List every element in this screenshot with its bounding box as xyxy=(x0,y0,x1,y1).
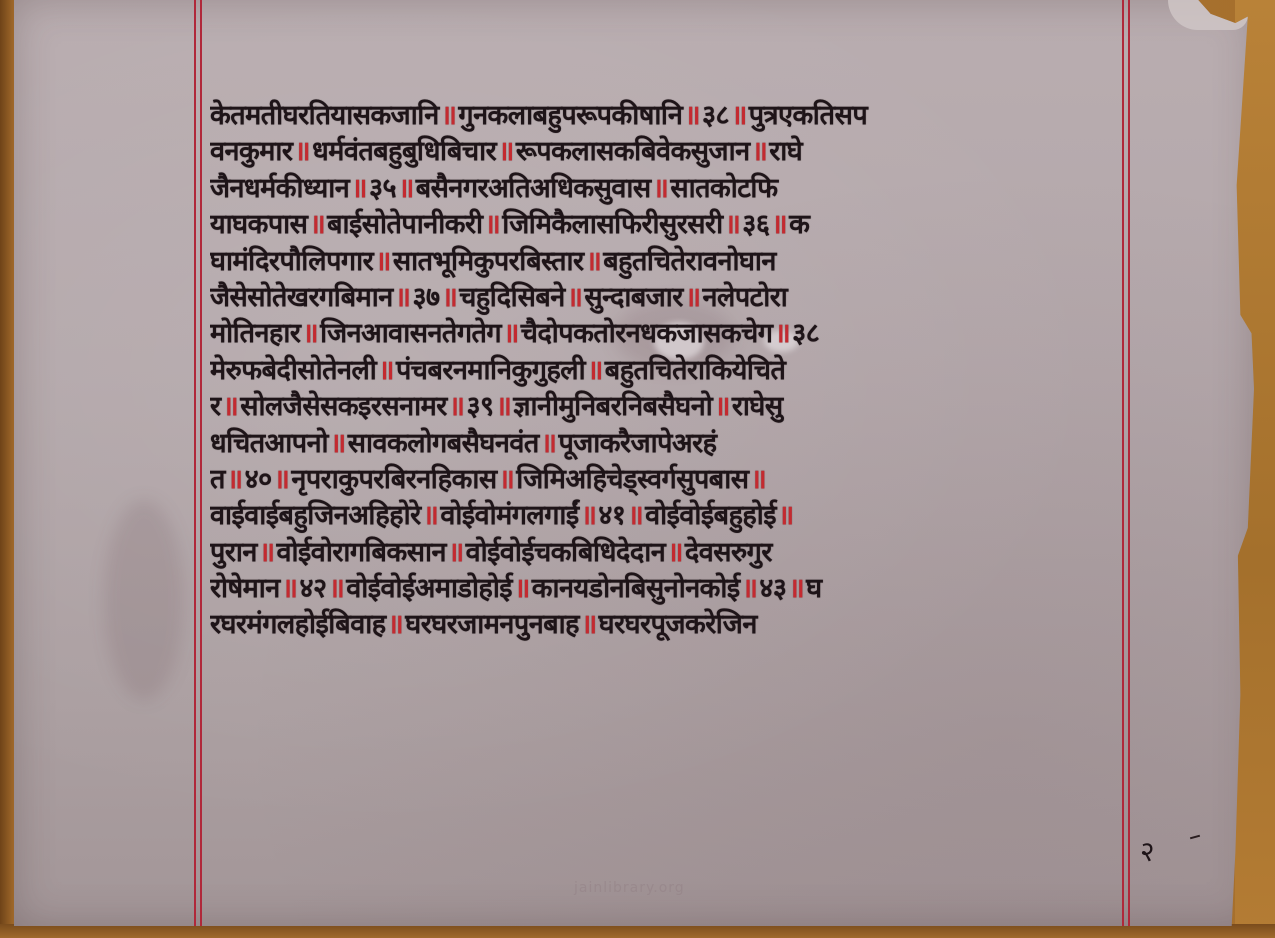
danda-mark: ॥ xyxy=(769,209,789,240)
danda-mark: ॥ xyxy=(386,609,406,640)
right-margin-rule xyxy=(1122,0,1124,926)
danda-mark: ॥ xyxy=(307,209,327,240)
danda-mark: ॥ xyxy=(225,464,245,495)
danda-mark: ॥ xyxy=(421,500,441,531)
text-line: केतमतीघरतियासकजानि॥गुनकलाबहुपरूपकीषानि॥३… xyxy=(210,98,1122,134)
danda-mark: ॥ xyxy=(221,391,241,422)
text-line: जैनधर्मकीध्यान॥३५॥बसैनगरअतिअधिकसुवास॥सात… xyxy=(210,171,1122,207)
danda-mark: ॥ xyxy=(494,391,514,422)
text-line: वनकुमार॥धर्मवंतबहुबुधिबिचार॥रूपकलासकबिवे… xyxy=(210,134,1122,170)
danda-mark: ॥ xyxy=(496,136,516,167)
danda-mark: ॥ xyxy=(651,173,671,204)
faint-watermark: jainlibrary.org xyxy=(574,880,685,896)
danda-mark: ॥ xyxy=(447,391,467,422)
danda-mark: ॥ xyxy=(328,428,348,459)
left-margin-rule xyxy=(194,0,196,926)
text-line: याघकपास॥बाईसोतेपानीकरी॥जिमिकैलासफिरीसुरस… xyxy=(210,207,1122,243)
text-line: धचितआपनो॥सावकलोगबसैघनवंत॥पूजाकरैजापेअरहं xyxy=(210,426,1122,462)
danda-mark: ॥ xyxy=(584,246,604,277)
danda-mark: ॥ xyxy=(327,573,347,604)
danda-mark: ॥ xyxy=(682,100,702,131)
danda-mark: ॥ xyxy=(729,100,749,131)
danda-mark: ॥ xyxy=(393,282,413,313)
danda-mark: ॥ xyxy=(772,318,792,349)
text-line: र॥सोलजैसेसकइरसनामर॥३९॥ज्ञानीमुनिबरनिबसैघ… xyxy=(210,389,1122,425)
danda-mark: ॥ xyxy=(665,537,685,568)
danda-mark: ॥ xyxy=(257,537,277,568)
danda-mark: ॥ xyxy=(501,318,521,349)
left-margin-rule xyxy=(200,0,202,926)
danda-mark: ॥ xyxy=(280,573,300,604)
danda-mark: ॥ xyxy=(750,136,770,167)
text-line: जैसेसोतेखरगबिमान॥३७॥चहुदिसिबने॥सुन्दाबजा… xyxy=(210,280,1122,316)
danda-mark: ॥ xyxy=(539,428,559,459)
danda-mark: ॥ xyxy=(776,500,796,531)
danda-mark: ॥ xyxy=(683,282,703,313)
stain xyxy=(104,500,184,700)
danda-mark: ॥ xyxy=(565,282,585,313)
text-line: घामंदिरपौलिपगार॥सातभूमिकुपरबिस्तार॥बहुतच… xyxy=(210,244,1122,280)
text-line: रोषेमान॥४२॥वोईवोईअमाडोहोई॥कानयडोनबिसुनोन… xyxy=(210,571,1122,607)
danda-mark: ॥ xyxy=(740,573,760,604)
danda-mark: ॥ xyxy=(497,464,517,495)
danda-mark: ॥ xyxy=(786,573,806,604)
danda-mark: ॥ xyxy=(292,136,312,167)
danda-mark: ॥ xyxy=(396,173,416,204)
danda-mark: ॥ xyxy=(483,209,503,240)
danda-mark: ॥ xyxy=(440,282,460,313)
text-line: वाईवाईबहुजिनअहिहोरे॥वोईवोमंगलगाईं॥४१॥वोई… xyxy=(210,498,1122,534)
danda-mark: ॥ xyxy=(512,573,532,604)
text-line: रघरमंगलहोईबिवाह॥घरघरजामनपुनबाह॥घरघरपूजकर… xyxy=(210,607,1122,643)
manuscript-text: केतमतीघरतियासकजानि॥गुनकलाबहुपरूपकीषानि॥३… xyxy=(210,98,1122,644)
right-margin-rule xyxy=(1128,0,1130,926)
folio-number: २ xyxy=(1140,832,1155,870)
danda-mark: ॥ xyxy=(585,355,605,386)
text-line: मोतिनहार॥जिनआवासनतेगतेग॥चैदोपकतोरनधकजासक… xyxy=(210,316,1122,352)
danda-mark: ॥ xyxy=(712,391,732,422)
danda-mark: ॥ xyxy=(579,609,599,640)
text-line: पुरान॥वोईवोरागबिकसान॥वोईवोईचकबिधिदेदान॥द… xyxy=(210,535,1122,571)
danda-mark: ॥ xyxy=(625,500,645,531)
danda-mark: ॥ xyxy=(748,464,768,495)
danda-mark: ॥ xyxy=(349,173,369,204)
folio-mark xyxy=(1190,835,1200,840)
danda-mark: ॥ xyxy=(373,246,393,277)
danda-mark: ॥ xyxy=(723,209,743,240)
wooden-table-bottom xyxy=(0,924,1275,938)
danda-mark: ॥ xyxy=(300,318,320,349)
danda-mark: ॥ xyxy=(579,500,599,531)
text-line: त॥४०॥नृपराकुपरबिरनहिकास॥जिमिअहिचेड्स्वर्… xyxy=(210,462,1122,498)
danda-mark: ॥ xyxy=(439,100,459,131)
danda-mark: ॥ xyxy=(376,355,396,386)
danda-mark: ॥ xyxy=(446,537,466,568)
danda-mark: ॥ xyxy=(272,464,292,495)
photo-scene: केतमतीघरतियासकजानि॥गुनकलाबहुपरूपकीषानि॥३… xyxy=(0,0,1275,938)
text-line: मेरुफबेदीसोतेनली॥पंचबरनमानिकुगुहली॥बहुतच… xyxy=(210,353,1122,389)
manuscript-leaf: केतमतीघरतियासकजानि॥गुनकलाबहुपरूपकीषानि॥३… xyxy=(14,0,1254,926)
